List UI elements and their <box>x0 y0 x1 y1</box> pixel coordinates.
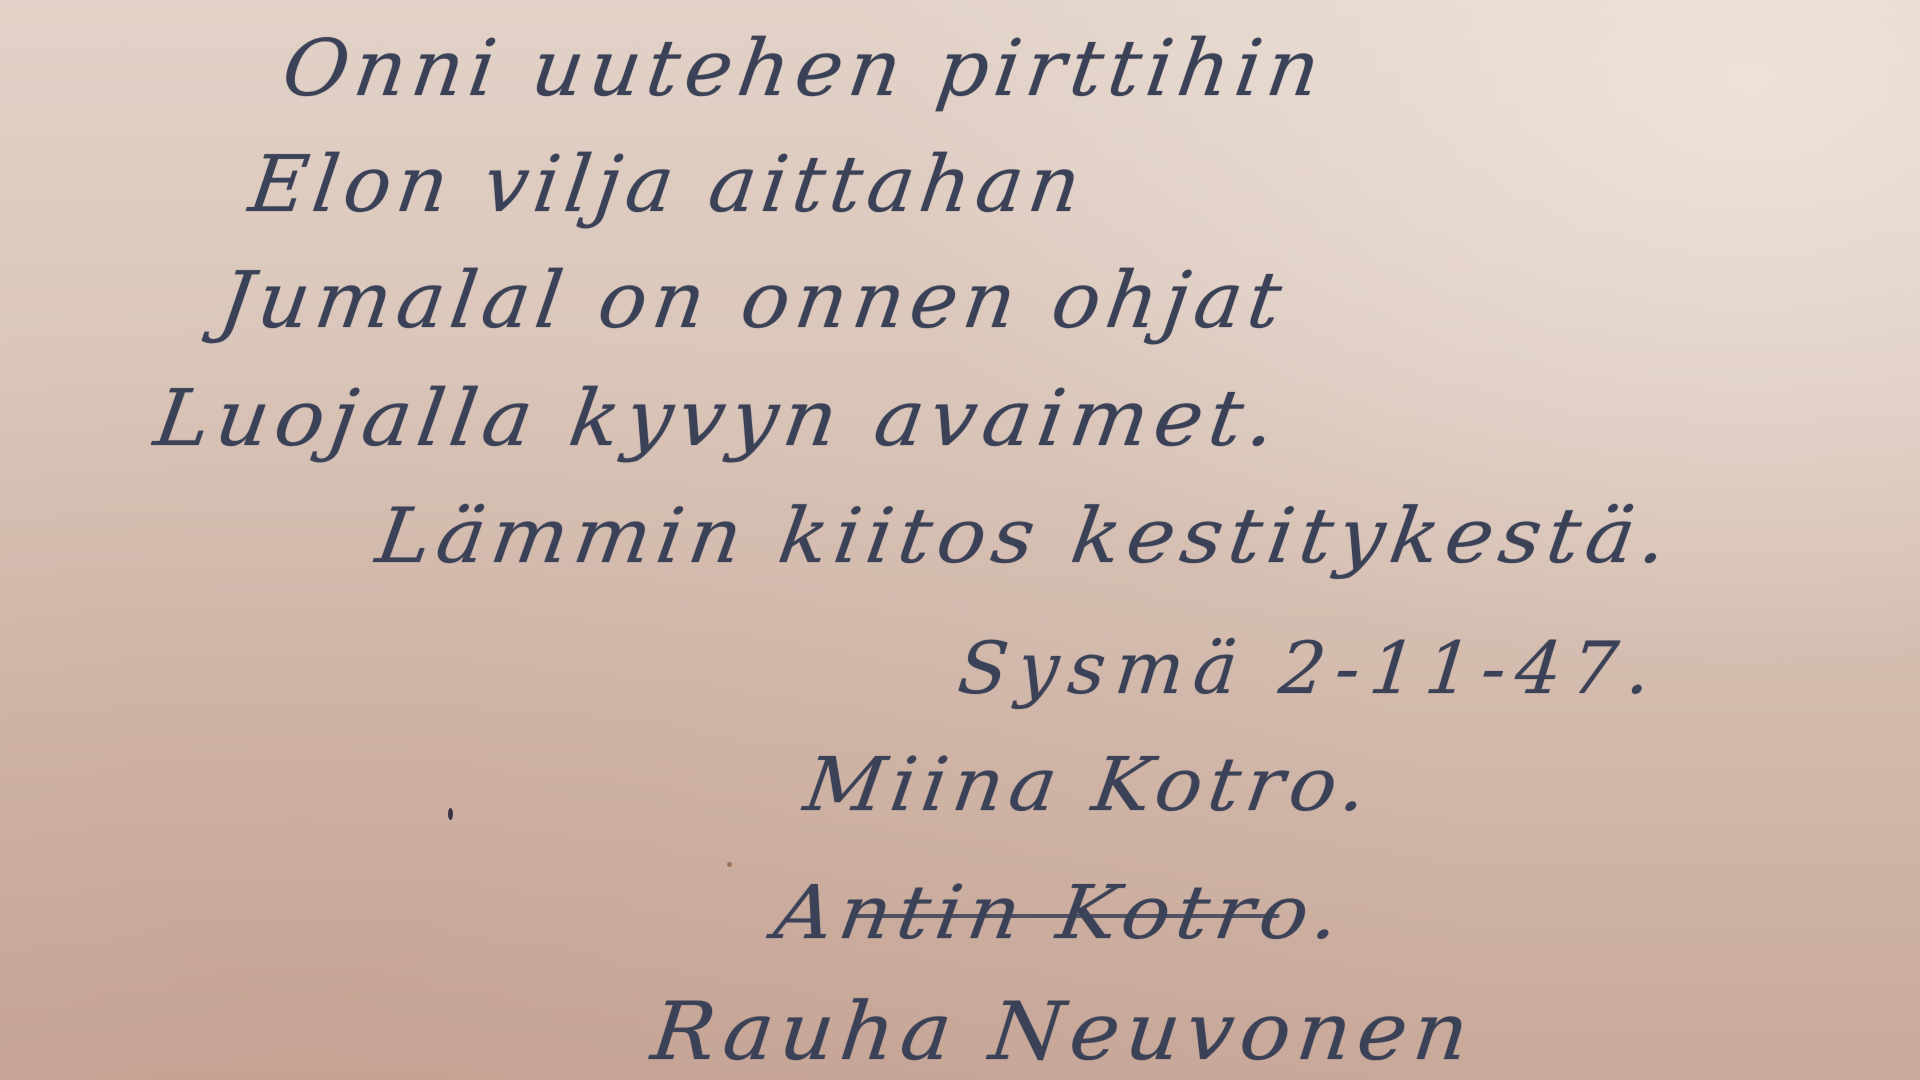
signature-2: Antin Kotro. <box>770 876 1351 950</box>
signature-1: Miina Kotro. <box>800 748 1378 822</box>
verse-line-3: Jumalal on onnen ohjat <box>215 262 1292 340</box>
verse-line-2: Elon vilja aittahan <box>245 146 1091 224</box>
signature-2-crossbar <box>850 914 1280 918</box>
verse-line-4: Luojalla kyvyn avaimet. <box>150 380 1287 458</box>
verse-line-1: Onni uutehen pirttihin <box>278 30 1330 108</box>
thanks-line: Lämmin kiitos kestitykestä. <box>372 498 1678 574</box>
signature-3: Rauha Neuvonen <box>648 992 1479 1072</box>
handwritten-page: Onni uutehen pirttihin Elon vilja aittah… <box>0 0 1920 1080</box>
paper-speck <box>727 862 732 867</box>
ink-dot <box>448 808 453 820</box>
signature-2-text: Antin Kotro. <box>769 870 1352 956</box>
place-date: Sysmä 2-11-47. <box>955 632 1664 704</box>
